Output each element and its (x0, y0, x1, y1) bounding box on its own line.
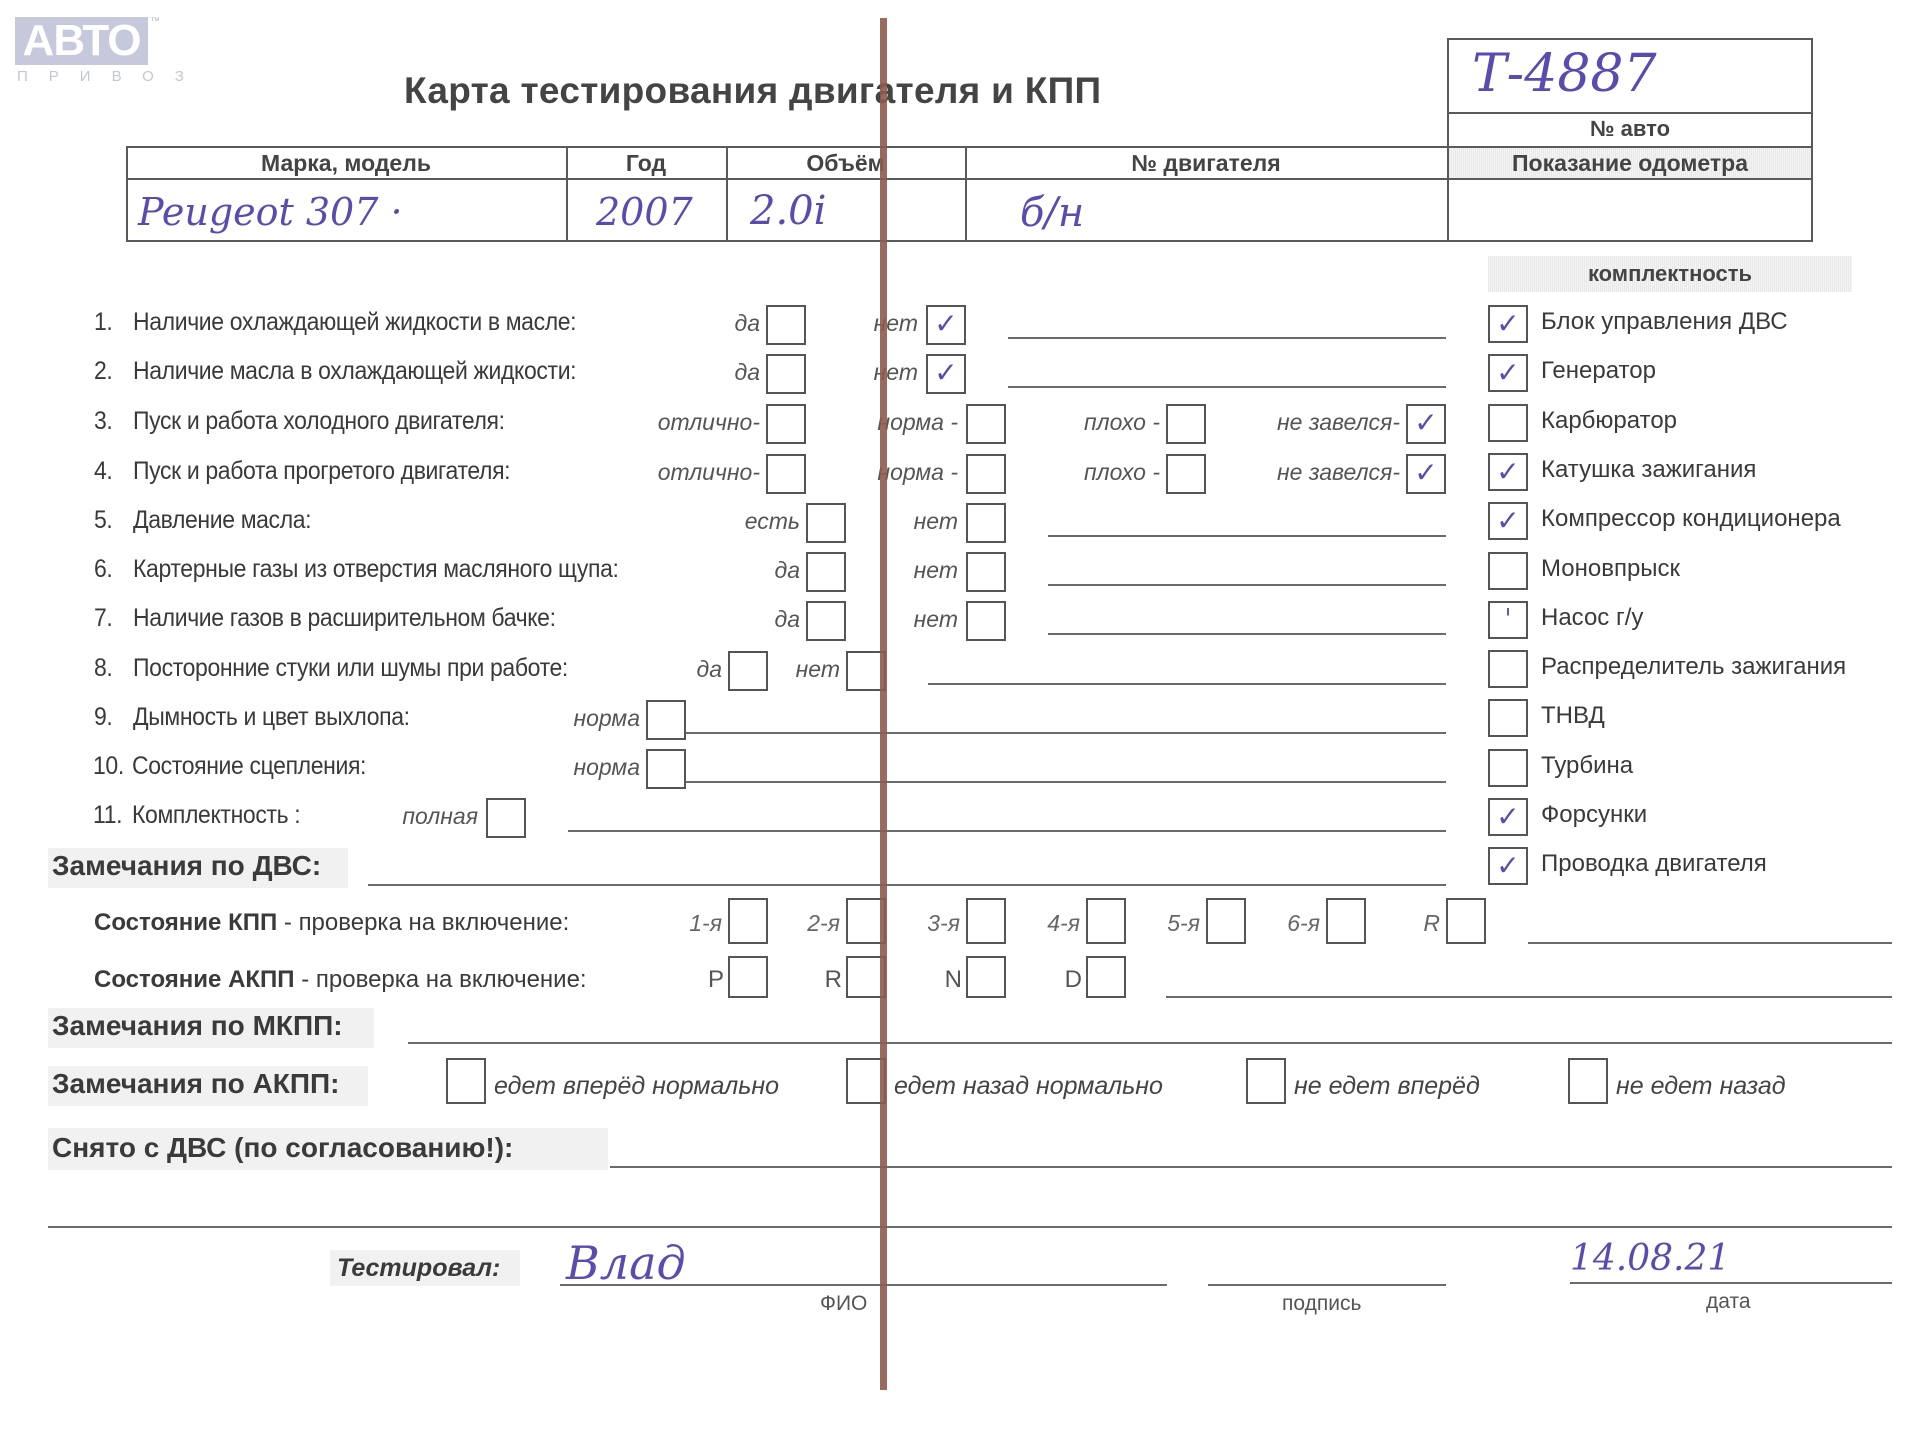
gear-position-checkbox[interactable] (1086, 956, 1126, 998)
check-mark-icon (968, 900, 1004, 942)
option-label: полная (402, 803, 478, 830)
option-checkbox[interactable] (646, 700, 686, 740)
question-text: Состояние сцепления: (132, 752, 366, 781)
auto-gearbox-notes[interactable] (1166, 996, 1892, 998)
signature-caption: подпись (1282, 1292, 1361, 1316)
question-text: Наличие газов в расширительном бачке: (133, 604, 556, 633)
option-checkbox[interactable] (766, 404, 806, 444)
make-model-value[interactable]: Peugeot 307 · (138, 190, 403, 234)
check-mark-icon: ✓ (1490, 849, 1526, 883)
auto-gearbox-label: Состояние АКПП - проверка на включение: (94, 966, 587, 994)
check-mark-icon (488, 800, 524, 836)
notes-field[interactable] (1048, 584, 1446, 586)
option-checkbox[interactable] (646, 749, 686, 789)
question-text: Пуск и работа прогретого двигателя: (133, 457, 510, 486)
vehicle-number-label: № авто (1447, 116, 1813, 142)
date-field[interactable] (1570, 1282, 1892, 1284)
check-mark-icon (1570, 1060, 1606, 1102)
removed-field[interactable] (610, 1166, 1892, 1168)
notes-field[interactable] (928, 683, 1446, 685)
manual-gearbox-label-bold: Состояние КПП (94, 909, 277, 936)
gear-label: 6-я (1287, 910, 1320, 937)
logo-trademark: ™ (150, 16, 160, 27)
check-mark-icon (848, 900, 884, 942)
option-label: да (774, 557, 800, 584)
check-mark-icon: ✓ (1490, 356, 1526, 390)
question-number: 2. (94, 357, 112, 386)
option-label: норма (573, 705, 640, 732)
auto-remark-label: не едет вперёд (1294, 1072, 1480, 1101)
gear-checkbox[interactable] (1326, 898, 1366, 944)
question-text: Картерные газы из отверстия масляного щу… (133, 555, 619, 584)
logo-subtitle: ПРИВОЗ (17, 68, 205, 85)
kit-checkbox[interactable] (1488, 552, 1528, 590)
question-text: Пуск и работа холодного двигателя: (133, 407, 505, 436)
kit-item-label: Катушка зажигания (1541, 456, 1756, 484)
question-text: Посторонние стуки или шумы при работе: (133, 654, 568, 683)
check-mark-icon (848, 653, 884, 689)
option-checkbox[interactable]: ✓ (926, 305, 966, 345)
logo: АВТО (15, 17, 148, 65)
remarks-manual-field[interactable] (408, 1042, 1892, 1044)
odometer-value[interactable] (1460, 190, 1800, 234)
option-checkbox[interactable] (806, 503, 846, 543)
gear-label: 2-я (807, 910, 840, 937)
kit-checkbox[interactable] (1488, 699, 1528, 737)
option-label: да (734, 310, 760, 337)
check-mark-icon (808, 554, 844, 590)
tester-name-caption: ФИО (820, 1292, 867, 1316)
option-label: да (774, 606, 800, 633)
auto-remark-label: едет назад нормально (894, 1072, 1163, 1101)
check-mark-icon (730, 958, 766, 996)
divider (1447, 112, 1813, 114)
remarks-engine-field[interactable] (368, 884, 1446, 886)
gear-position-checkbox[interactable] (966, 956, 1006, 998)
check-mark-icon: ✓ (1408, 456, 1444, 492)
option-label: норма - (877, 459, 958, 486)
option-label: нет (914, 606, 958, 633)
check-mark-icon: ✓ (928, 307, 964, 343)
manual-gearbox-label-rest: - проверка на включение: (277, 909, 569, 936)
auto-remark-label: едет вперёд нормально (494, 1072, 779, 1101)
check-mark-icon (968, 406, 1004, 442)
removed-label: Снято с ДВС (по согласованию!): (52, 1132, 513, 1164)
option-checkbox[interactable] (966, 454, 1006, 494)
option-label: отлично- (658, 459, 760, 486)
option-checkbox[interactable] (806, 552, 846, 592)
notes-field[interactable] (1048, 535, 1446, 537)
kit-checkbox[interactable]: ✓ (1488, 847, 1528, 885)
check-mark-icon (968, 505, 1004, 541)
kit-checkbox[interactable] (1488, 749, 1528, 787)
check-mark-icon (648, 702, 684, 738)
remarks-engine-label: Замечания по ДВС: (52, 850, 321, 882)
notes-field[interactable] (686, 732, 1446, 734)
kit-checkbox[interactable]: ˈ (1488, 601, 1528, 639)
gear-label: 3-я (927, 910, 960, 937)
notes-field[interactable] (568, 830, 1446, 832)
question-number: 6. (94, 555, 112, 584)
check-mark-icon (968, 958, 1004, 996)
kit-checkbox[interactable]: ✓ (1488, 305, 1528, 343)
gear-checkbox[interactable] (966, 898, 1006, 944)
kit-checkbox[interactable] (1488, 404, 1528, 442)
question-text: Наличие масла в охлаждающей жидкости: (133, 357, 576, 386)
check-mark-icon (968, 456, 1004, 492)
question-number: 4. (94, 457, 112, 486)
gear-position-label: P (708, 966, 724, 994)
check-mark-icon (768, 356, 804, 392)
option-label: норма - (877, 409, 958, 436)
check-mark-icon (730, 653, 766, 689)
check-mark-icon (968, 603, 1004, 639)
option-label: плохо - (1084, 459, 1160, 486)
option-checkbox[interactable] (766, 454, 806, 494)
question-number: 10. (93, 752, 124, 781)
check-mark-icon: ✓ (928, 356, 964, 392)
remarks-auto-label: Замечания по АКПП: (52, 1068, 339, 1100)
removed-field-line2[interactable] (48, 1226, 1892, 1228)
check-mark-icon (808, 603, 844, 639)
question-text: Давление масла: (133, 506, 311, 535)
option-label: нет (914, 508, 958, 535)
check-mark-icon (1088, 958, 1124, 996)
auto-remark-checkbox[interactable] (446, 1058, 486, 1104)
option-label: норма (573, 754, 640, 781)
check-mark-icon (768, 307, 804, 343)
check-mark-icon (1490, 652, 1526, 686)
gear-label: R (1423, 910, 1440, 937)
option-checkbox[interactable] (728, 651, 768, 691)
option-label: есть (745, 508, 800, 535)
tester-name-field[interactable] (560, 1284, 1167, 1286)
remarks-manual-label: Замечания по МКПП: (52, 1010, 343, 1042)
kit-checkbox[interactable]: ✓ (1488, 453, 1528, 491)
signature-field[interactable] (1208, 1284, 1446, 1286)
volume-value[interactable]: 2.0i (750, 188, 826, 234)
gear-checkbox[interactable] (1446, 898, 1486, 944)
check-mark-icon: ✓ (1490, 455, 1526, 489)
option-checkbox[interactable] (486, 798, 526, 838)
column-header-engine-number: № двигателя (965, 150, 1447, 177)
question-text: Наличие охлаждающей жидкости в масле: (133, 308, 576, 337)
option-checkbox[interactable] (766, 354, 806, 394)
engine-number-value[interactable]: б/н (1020, 190, 1084, 236)
notes-field[interactable] (686, 781, 1446, 783)
option-checkbox[interactable] (766, 305, 806, 345)
question-number: 11. (93, 801, 122, 830)
check-mark-icon: ✓ (1490, 307, 1526, 341)
check-mark-icon (1208, 900, 1244, 942)
check-mark-icon (448, 1060, 484, 1102)
check-mark-icon (768, 406, 804, 442)
option-label: да (734, 359, 760, 386)
notes-field[interactable] (1008, 386, 1446, 388)
kit-item-label: Распределитель зажигания (1541, 653, 1846, 681)
option-label: да (696, 656, 722, 683)
auto-remark-checkbox[interactable] (1246, 1058, 1286, 1104)
auto-remark-checkbox[interactable] (1568, 1058, 1608, 1104)
check-mark-icon: ˈ (1490, 603, 1526, 637)
question-number: 7. (94, 604, 112, 633)
column-header-make-model: Марка, модель (126, 150, 566, 177)
check-mark-icon (1168, 406, 1204, 442)
tester-name-value[interactable]: Влад (566, 1236, 686, 1290)
kit-heading: комплектность (1488, 261, 1852, 287)
gear-position-label: R (825, 966, 842, 994)
kit-item-label: Турбина (1541, 752, 1633, 780)
gear-position-label: D (1065, 966, 1082, 994)
check-mark-icon (1490, 406, 1526, 440)
check-mark-icon (768, 456, 804, 492)
gear-position-checkbox[interactable] (728, 956, 768, 998)
kit-checkbox[interactable] (1488, 650, 1528, 688)
kit-item-label: Блок управления ДВС (1541, 308, 1788, 336)
manual-gearbox-label: Состояние КПП - проверка на включение: (94, 909, 569, 937)
auto-gearbox-label-bold: Состояние АКПП (94, 966, 295, 993)
check-mark-icon (1490, 751, 1526, 785)
check-mark-icon (730, 900, 766, 942)
auto-remark-label: не едет назад (1616, 1072, 1786, 1101)
check-mark-icon (1088, 900, 1124, 942)
check-mark-icon: ✓ (1490, 800, 1526, 834)
check-mark-icon (1248, 1060, 1284, 1102)
tested-by-label: Тестировал: (337, 1254, 500, 1283)
kit-item-label: Насос г/у (1541, 604, 1643, 632)
notes-field[interactable] (1048, 633, 1446, 635)
notes-field[interactable] (1008, 337, 1446, 339)
manual-gearbox-notes[interactable] (1528, 942, 1892, 944)
option-checkbox[interactable]: ✓ (1406, 404, 1446, 444)
kit-checkbox[interactable]: ✓ (1488, 502, 1528, 540)
option-checkbox[interactable]: ✓ (1406, 454, 1446, 494)
kit-item-label: Проводка двигателя (1541, 850, 1767, 878)
option-label: не завелся- (1277, 459, 1400, 486)
kit-checkbox[interactable]: ✓ (1488, 798, 1528, 836)
option-label: не завелся- (1277, 409, 1400, 436)
gear-label: 5-я (1167, 910, 1200, 937)
option-label: отлично- (658, 409, 760, 436)
option-checkbox[interactable] (806, 601, 846, 641)
check-mark-icon (1490, 701, 1526, 735)
question-number: 9. (94, 703, 112, 732)
date-value[interactable]: 14.08.21 (1570, 1238, 1730, 1279)
column-header-volume: Объём (726, 150, 965, 177)
option-checkbox[interactable] (1166, 454, 1206, 494)
column-header-year: Год (566, 150, 726, 177)
gear-checkbox[interactable] (1206, 898, 1246, 944)
option-checkbox[interactable]: ✓ (926, 354, 966, 394)
option-checkbox[interactable] (1166, 404, 1206, 444)
check-mark-icon (1168, 456, 1204, 492)
gear-position-label: N (945, 966, 962, 994)
auto-gearbox-label-rest: - проверка на включение: (295, 966, 587, 993)
option-label: нет (796, 656, 840, 683)
check-mark-icon (1490, 554, 1526, 588)
gear-label: 4-я (1047, 910, 1080, 937)
option-checkbox[interactable] (966, 503, 1006, 543)
column-header-odometer: Показание одометра (1447, 150, 1813, 177)
kit-item-label: Карбюратор (1541, 407, 1677, 435)
page-title: Карта тестирования двигателя и КПП (404, 70, 1101, 112)
question-number: 1. (94, 308, 112, 337)
gear-label: 1-я (689, 910, 722, 937)
option-checkbox[interactable] (966, 552, 1006, 592)
question-text: Комплектность : (132, 801, 300, 830)
option-checkbox[interactable] (966, 601, 1006, 641)
gear-checkbox[interactable] (728, 898, 768, 944)
divider (126, 178, 1813, 180)
date-caption: дата (1706, 1290, 1751, 1314)
check-mark-icon: ✓ (1490, 504, 1526, 538)
check-mark-icon (848, 1060, 884, 1102)
check-mark-icon (808, 505, 844, 541)
question-number: 5. (94, 506, 112, 535)
check-mark-icon (848, 958, 884, 996)
option-label: плохо - (1084, 409, 1160, 436)
kit-item-label: Форсунки (1541, 801, 1647, 829)
question-number: 3. (94, 407, 112, 436)
kit-item-label: ТНВД (1541, 702, 1605, 730)
year-value[interactable]: 2007 (596, 190, 693, 234)
kit-item-label: Генератор (1541, 357, 1656, 385)
paper-fold-line (880, 18, 887, 1390)
gear-checkbox[interactable] (1086, 898, 1126, 944)
kit-checkbox[interactable]: ✓ (1488, 354, 1528, 392)
question-number: 8. (94, 654, 112, 683)
check-mark-icon (1448, 900, 1484, 942)
vehicle-number-value[interactable]: Т-4887 (1472, 44, 1657, 104)
question-text: Дымность и цвет выхлопа: (133, 703, 410, 732)
kit-item-label: Моновпрыск (1541, 555, 1680, 583)
check-mark-icon (968, 554, 1004, 590)
option-label: нет (914, 557, 958, 584)
kit-item-label: Компрессор кондиционера (1541, 505, 1841, 533)
check-mark-icon (648, 751, 684, 787)
option-checkbox[interactable] (966, 404, 1006, 444)
check-mark-icon: ✓ (1408, 406, 1444, 442)
check-mark-icon (1328, 900, 1364, 942)
